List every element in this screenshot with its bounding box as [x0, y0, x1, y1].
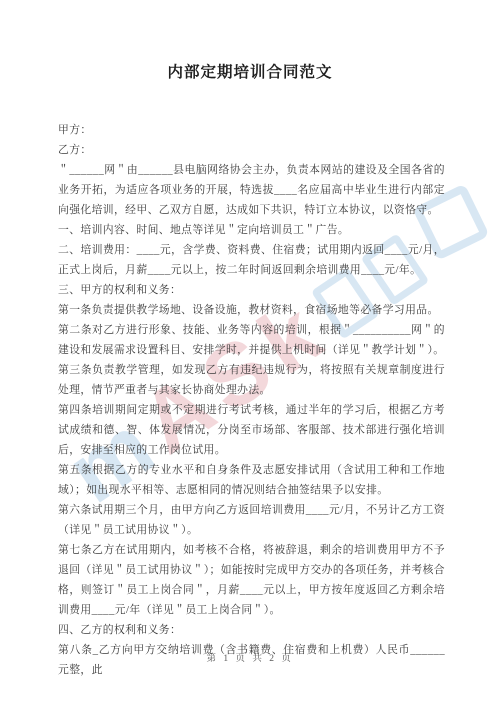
- page-number: 第 1 页 共 2 页: [0, 650, 500, 664]
- paragraph: 第一条负责提供教学场地、设备设施，教材资料，食宿场地等必备学习用品。: [58, 300, 445, 320]
- paragraph: 乙方：: [58, 140, 445, 160]
- paragraph: 第二条对乙方进行形象、技能、业务等内容的培训，根据＂__________网＂的建…: [58, 320, 445, 360]
- paragraph: 第五条根据乙方的专业水平和自身条件及志愿安排试用（含试用工种和工作地域）；如出现…: [58, 460, 445, 500]
- paragraph: 一、培训内容、时间、地点等详见＂定向培训员工＂广告。: [58, 220, 445, 240]
- contract-body: 甲方：乙方：＂______网＂由______县电脑网络协会主办，负责本网站的建设…: [58, 120, 445, 680]
- paragraph: 第七条乙方在试用期内，如考核不合格，将被辞退，剩余的培训费用甲方不予退回（详见＂…: [58, 540, 445, 620]
- document-page: mASk 内部定期培训合同范文 甲方：乙方：＂______网＂由______县电…: [0, 0, 500, 706]
- paragraph: 三、甲方的权利和义务：: [58, 280, 445, 300]
- paragraph: 第三条负责教学管理，如发现乙方有违纪违规行为，将按照有关规章制度进行处理，情节严…: [58, 360, 445, 400]
- paragraph: 四、乙方的权利和义务：: [58, 620, 445, 640]
- page-title: 内部定期培训合同范文: [0, 60, 500, 86]
- paragraph: 甲方：: [58, 120, 445, 140]
- paragraph: 二、培训费用：____元，含学费、资料费、住宿费；试用期内返回____元/月，正…: [58, 240, 445, 280]
- paragraph: ＂______网＂由______县电脑网络协会主办，负责本网站的建设及全国各省的…: [58, 160, 445, 220]
- paragraph: 第六条试用期三个月，由甲方向乙方返回培训费用____元/月，不另计乙方工资（详见…: [58, 500, 445, 540]
- paragraph: 第四条培训期间定期或不定期进行考试考核，通过半年的学习后，根据乙方考试成绩和德、…: [58, 400, 445, 460]
